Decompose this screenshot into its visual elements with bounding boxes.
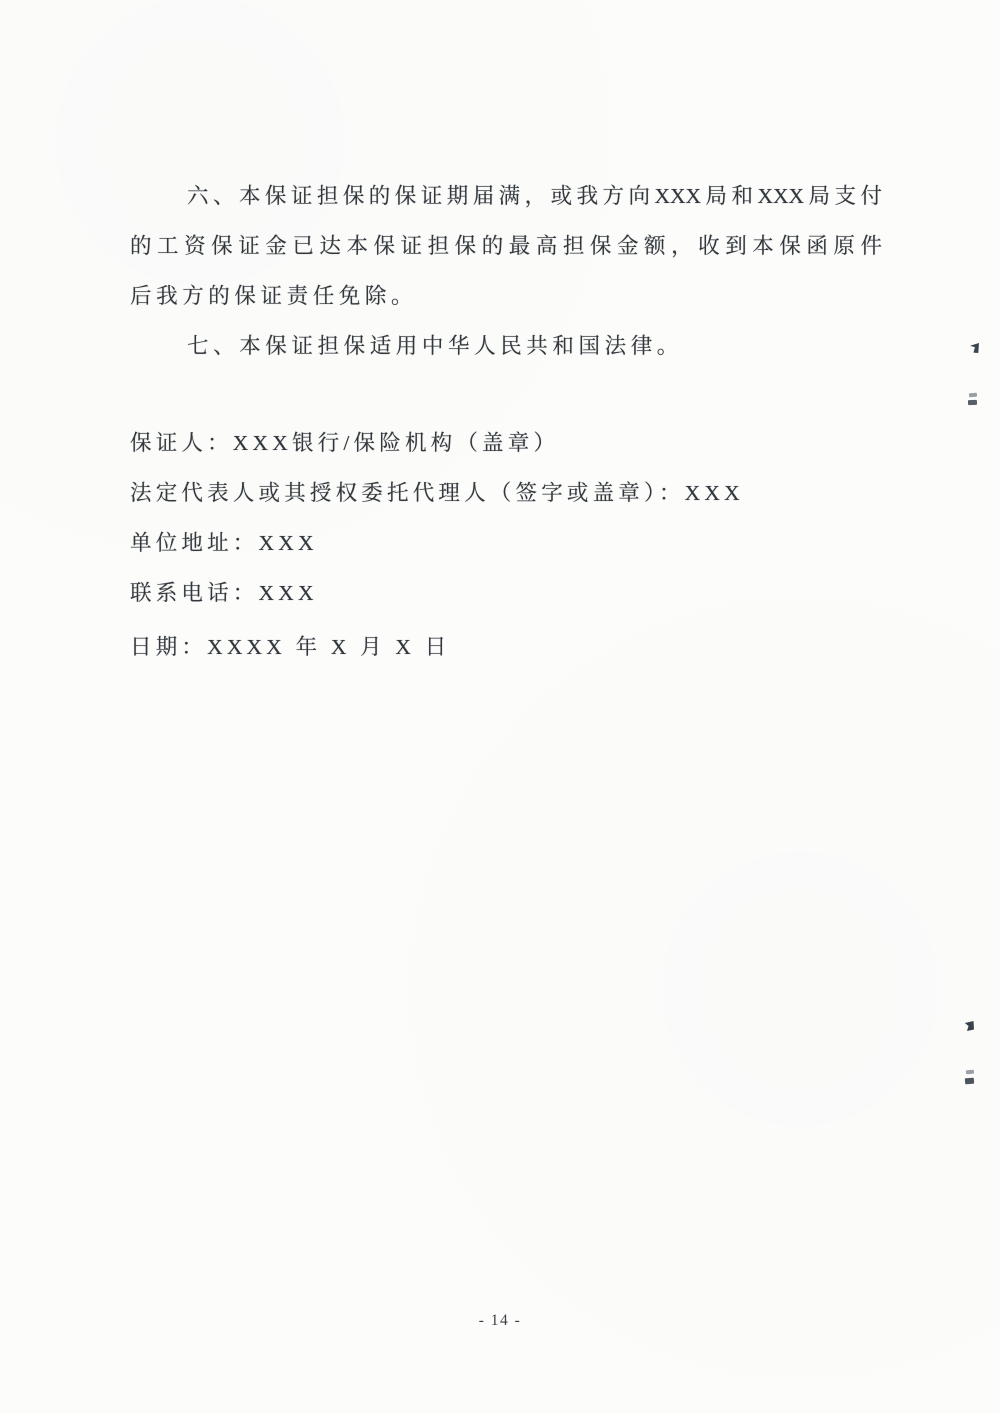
legal-representative-line: 法定代表人或其授权委托代理人（签字或盖章）：XXX bbox=[130, 468, 890, 518]
date-line: 日期：XXXX 年 X 月 X 日 bbox=[130, 622, 890, 672]
clause-seven-line: 七、本保证担保适用中华人民共和国法律。 bbox=[130, 321, 882, 371]
page-number: - 14 - bbox=[0, 1312, 1000, 1330]
scan-artifact-blob-bottom bbox=[964, 1021, 974, 1031]
company-address-line: 单位地址：XXX bbox=[130, 518, 890, 568]
clause-six-line-2: 的工资保证金已达本保证担保的最高担保金额，收到本保函原件 bbox=[130, 221, 882, 271]
clauses-section: 六、本保证担保的保证期届满，或我方向XXX局和XXX局支付 的工资保证金已达本保… bbox=[130, 171, 882, 371]
scan-artifact-dash-top-1 bbox=[969, 393, 977, 398]
scan-artifact-dash-bottom-1 bbox=[966, 1070, 974, 1075]
clause-six-line-1: 六、本保证担保的保证期届满，或我方向XXX局和XXX局支付 bbox=[130, 171, 882, 221]
scan-artifact-dash-top-2 bbox=[968, 400, 977, 405]
scan-artifact-dash-bottom-2 bbox=[965, 1078, 974, 1085]
scan-artifact-blob-top bbox=[970, 343, 979, 353]
document-page: 六、本保证担保的保证期届满，或我方向XXX局和XXX局支付 的工资保证金已达本保… bbox=[0, 0, 1000, 1413]
clause-six-line-3: 后我方的保证责任免除。 bbox=[130, 271, 882, 321]
guarantor-line: 保证人：XXX银行/保险机构（盖章） bbox=[130, 418, 890, 468]
signature-block: 保证人：XXX银行/保险机构（盖章） 法定代表人或其授权委托代理人（签字或盖章）… bbox=[130, 418, 890, 672]
contact-phone-line: 联系电话：XXX bbox=[130, 568, 890, 618]
